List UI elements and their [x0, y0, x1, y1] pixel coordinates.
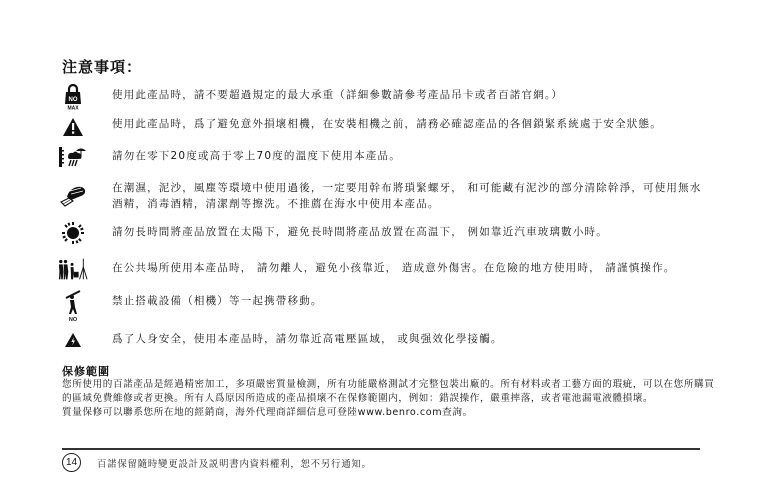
notice-max-load: NO MAX 使用此產品時，請不要超過規定的最大承重（詳細參數請參考產品吊卡或者… [58, 84, 718, 110]
sun-icon [58, 220, 88, 246]
notice-text: 爲了人身安全，使用本產品時，請勿靠近高電壓區域， 或與强效化學接觸。 [112, 331, 712, 347]
warranty-paragraph: 您所使用的百諾產品是經過精密加工，多項嚴密質量檢測，所有功能嚴格測試才完整包裝出… [62, 378, 722, 406]
notice-high-voltage: 爲了人身安全，使用本產品時，請勿靠近高電壓區域， 或與强效化學接觸。 [58, 332, 718, 348]
svg-text:NO: NO [69, 317, 78, 322]
svg-text:MAX: MAX [67, 106, 79, 111]
temperature-weather-icon [58, 144, 88, 170]
footer: 14 百諾保留隨時變更設計及説明書内資料權利，恕不另行通知。 [62, 453, 372, 472]
no-carry-icon: NO [58, 290, 88, 322]
notice-text: 在潮濕，泥沙，風塵等環境中使用過後，一定要用幹布將瑣緊螺牙， 和可能藏有泥沙的部… [112, 180, 712, 212]
no-max-weight-icon: NO MAX [58, 84, 88, 110]
notice-cleaning: 在潮濕，泥沙，風塵等環境中使用過後，一定要用幹布將瑣緊螺牙， 和可能藏有泥沙的部… [58, 180, 718, 212]
notice-text: 請勿長時間將產品放置在太陽下，避免長時間將產品放置在高温下， 例如靠近汽車玻璃數… [112, 224, 712, 240]
notice-text: 請勿在零下20度或高于零上70度的溫度下使用本產品。 [112, 148, 712, 164]
warranty-paragraph: 質量保修可以聯系您所在地的經銷商，海外代理商詳細信息可登陸www.benro.c… [62, 406, 722, 420]
warranty-body: 您所使用的百諾產品是經過精密加工，多項嚴密質量檢測，所有功能嚴格測試才完整包裝出… [62, 378, 722, 421]
notice-lock-system: 使用此產品時，爲了避免意外損壞相機，在安裝相機之前，請務必確認產品的各個鎖緊系統… [58, 114, 718, 140]
notice-text: 使用此產品時，爲了避免意外損壞相機，在安裝相機之前，請務必確認產品的各個鎖緊系統… [112, 116, 712, 132]
footer-disclaimer: 百諾保留隨時變更設計及説明書内資料權利，恕不另行通知。 [97, 456, 372, 470]
page-title: 注意事項： [62, 56, 142, 77]
svg-text:NO: NO [69, 97, 78, 103]
notice-text: 使用此產品時，請不要超過規定的最大承重（詳細參數請參考產品吊卡或者百諾官網。） [112, 87, 712, 103]
notice-public-places: 在公共場所使用本產品時， 請勿離人，避免小孩靠近， 造成意外傷害。在危險的地方使… [58, 256, 718, 282]
high-voltage-icon [58, 332, 88, 348]
page-number: 14 [62, 453, 81, 472]
cleaning-hand-icon [58, 184, 88, 210]
warning-triangle-icon [58, 114, 88, 140]
manual-page: 注意事項： NO MAX 使用此產品時，請不要超過規定的最大承重（詳細參數請參考… [0, 0, 768, 488]
notice-text: 在公共場所使用本產品時， 請勿離人，避免小孩靠近， 造成意外傷害。在危險的地方使… [112, 260, 712, 276]
notice-temperature: 請勿在零下20度或高于零上70度的溫度下使用本產品。 [58, 144, 718, 170]
notice-sunlight: 請勿長時間將產品放置在太陽下，避免長時間將產品放置在高温下， 例如靠近汽車玻璃數… [58, 220, 718, 246]
people-tripod-icon [58, 256, 88, 282]
notice-no-carry: NO 禁止搭載設備（相機）等一起携帶移動。 [58, 290, 718, 322]
warranty-title: 保修範圍 [62, 363, 110, 379]
footer-separator [62, 448, 700, 450]
notice-text: 禁止搭載設備（相機）等一起携帶移動。 [112, 293, 712, 309]
